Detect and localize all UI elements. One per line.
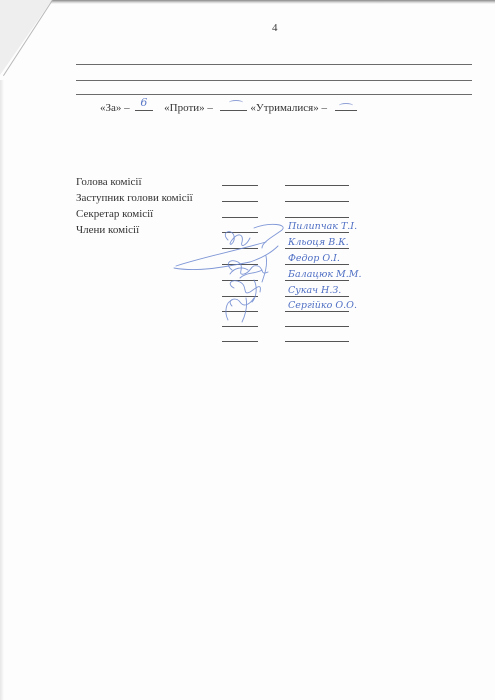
vote-against-blank [220,99,247,111]
signature-line-deputy [222,201,258,202]
scan-left-edge [0,80,4,700]
scan-top-shadow [50,0,495,4]
signature-line-chairman [222,185,258,186]
vote-abstained-label: «Утрималися» – [250,102,327,114]
vote-for-blank: 6 [135,99,153,111]
role-members: Члени комісії [76,224,139,236]
page-number: 4 [272,22,278,34]
name-line-chairman [285,185,349,186]
role-deputy-chairman: Заступник голови комісії [76,192,193,204]
vote-for-label: «За» – [100,102,130,114]
scanned-page: 4 «За» – 6 «Проти» – «Утрималися» – Голо… [0,0,495,700]
member-signatures [170,222,295,327]
name-line-secretary [285,217,349,218]
blank-rule-1 [76,64,472,65]
member-name-1: Пилипчак Т.І. [288,221,357,232]
signature-line-member-8 [222,341,258,342]
vote-abstained-dash-mark [339,103,353,108]
name-line-member-8 [285,341,349,342]
vote-against-dash-mark [229,100,243,105]
vote-for-value: 6 [140,96,147,109]
member-name-3: Федор О.І. [288,253,340,264]
member-name-5: Сукач Н.З. [288,285,341,296]
member-name-6: Сергійко О.О. [288,300,357,311]
vote-results: «За» – 6 «Проти» – «Утрималися» – [100,99,357,114]
role-chairman: Голова комісії [76,176,142,188]
role-secretary: Секретар комісії [76,208,153,220]
name-line-deputy [285,201,349,202]
member-name-2: Кльоця В.К. [288,237,349,248]
vote-against-label: «Проти» – [164,102,213,114]
member-name-4: Балацюк М.М. [288,269,362,280]
signature-line-secretary [222,217,258,218]
vote-abstained-blank [335,99,357,111]
blank-rule-2 [76,80,472,81]
blank-rule-3 [76,94,472,95]
